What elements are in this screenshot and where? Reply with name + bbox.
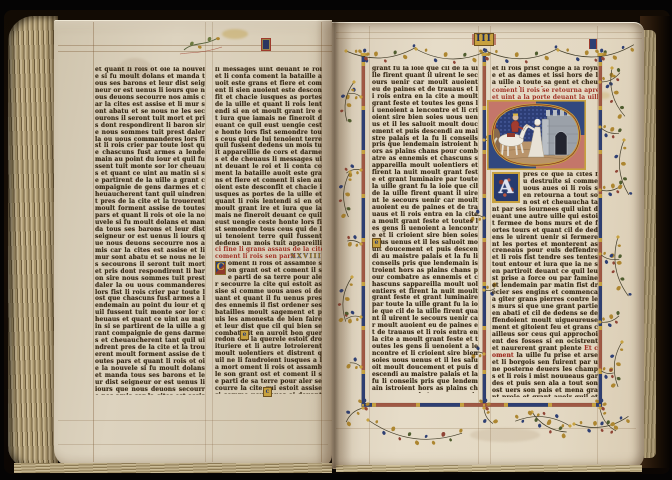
champ-initial: e — [240, 330, 249, 340]
text-column: et li rois prist congie a la royne et as… — [492, 66, 598, 87]
page-edges-bottom-right — [336, 465, 642, 472]
illuminated-initial-a: A — [492, 172, 520, 203]
rubric-line: coment li rois sen parti XXVIII — [215, 253, 322, 261]
illuminated-initial-c: C — [215, 261, 226, 275]
intro-text: et li rois prist congie a la royne et as… — [492, 66, 598, 87]
text-column: Coment li rois ot assamble son grant ost… — [215, 261, 322, 394]
ruling-line — [478, 26, 479, 464]
ruling-line — [212, 22, 213, 462]
ruling-line — [369, 26, 370, 464]
chapter-text: la uille fu prise et arse et li borgois … — [492, 352, 598, 397]
rubric-text: coment li rois sen parti — [215, 253, 296, 260]
parchment-stain — [470, 428, 540, 442]
parchment-stain — [598, 92, 610, 99]
ruling-line — [490, 26, 491, 464]
page-edges-bottom-left — [14, 463, 332, 473]
running-head-ornament-left — [178, 30, 224, 58]
champ-initial: c — [263, 387, 272, 397]
running-head-numeral: III — [474, 33, 494, 46]
page-edges-left — [8, 16, 58, 468]
text-column: Apres ce que la cites fu destruite si co… — [492, 172, 598, 397]
miniature — [487, 100, 586, 170]
rubric-line: coment li rois se retourna apres la dest… — [492, 87, 598, 94]
parchment-stain — [222, 29, 248, 39]
rubric-line: ci fine li grans assaus de la cite — [215, 246, 322, 253]
ruling-line — [205, 22, 206, 462]
chapter-text: oment li rois ot assamble son grant ost … — [215, 261, 322, 394]
running-head-panel-left — [261, 38, 271, 51]
chapter-number: XXVIII — [291, 253, 322, 260]
ruling-line — [58, 420, 332, 421]
champ-initial: e — [372, 238, 381, 248]
chapter-text: et lendemain par matin fist drecier ses … — [492, 282, 598, 352]
ruling-line — [58, 444, 328, 445]
text-column: grant fu la ioie que cil de la uille fir… — [372, 66, 478, 393]
text-column: et quant li rois ot oie la nouvele si fu… — [95, 67, 205, 395]
page-edges-right — [644, 30, 656, 458]
running-head-panel-right — [589, 39, 597, 49]
ruling-line — [336, 428, 636, 429]
text-column: li messages uint deuant le roi et li con… — [215, 67, 322, 246]
manuscript-photo: III — [0, 0, 672, 480]
ruling-line — [93, 22, 94, 462]
